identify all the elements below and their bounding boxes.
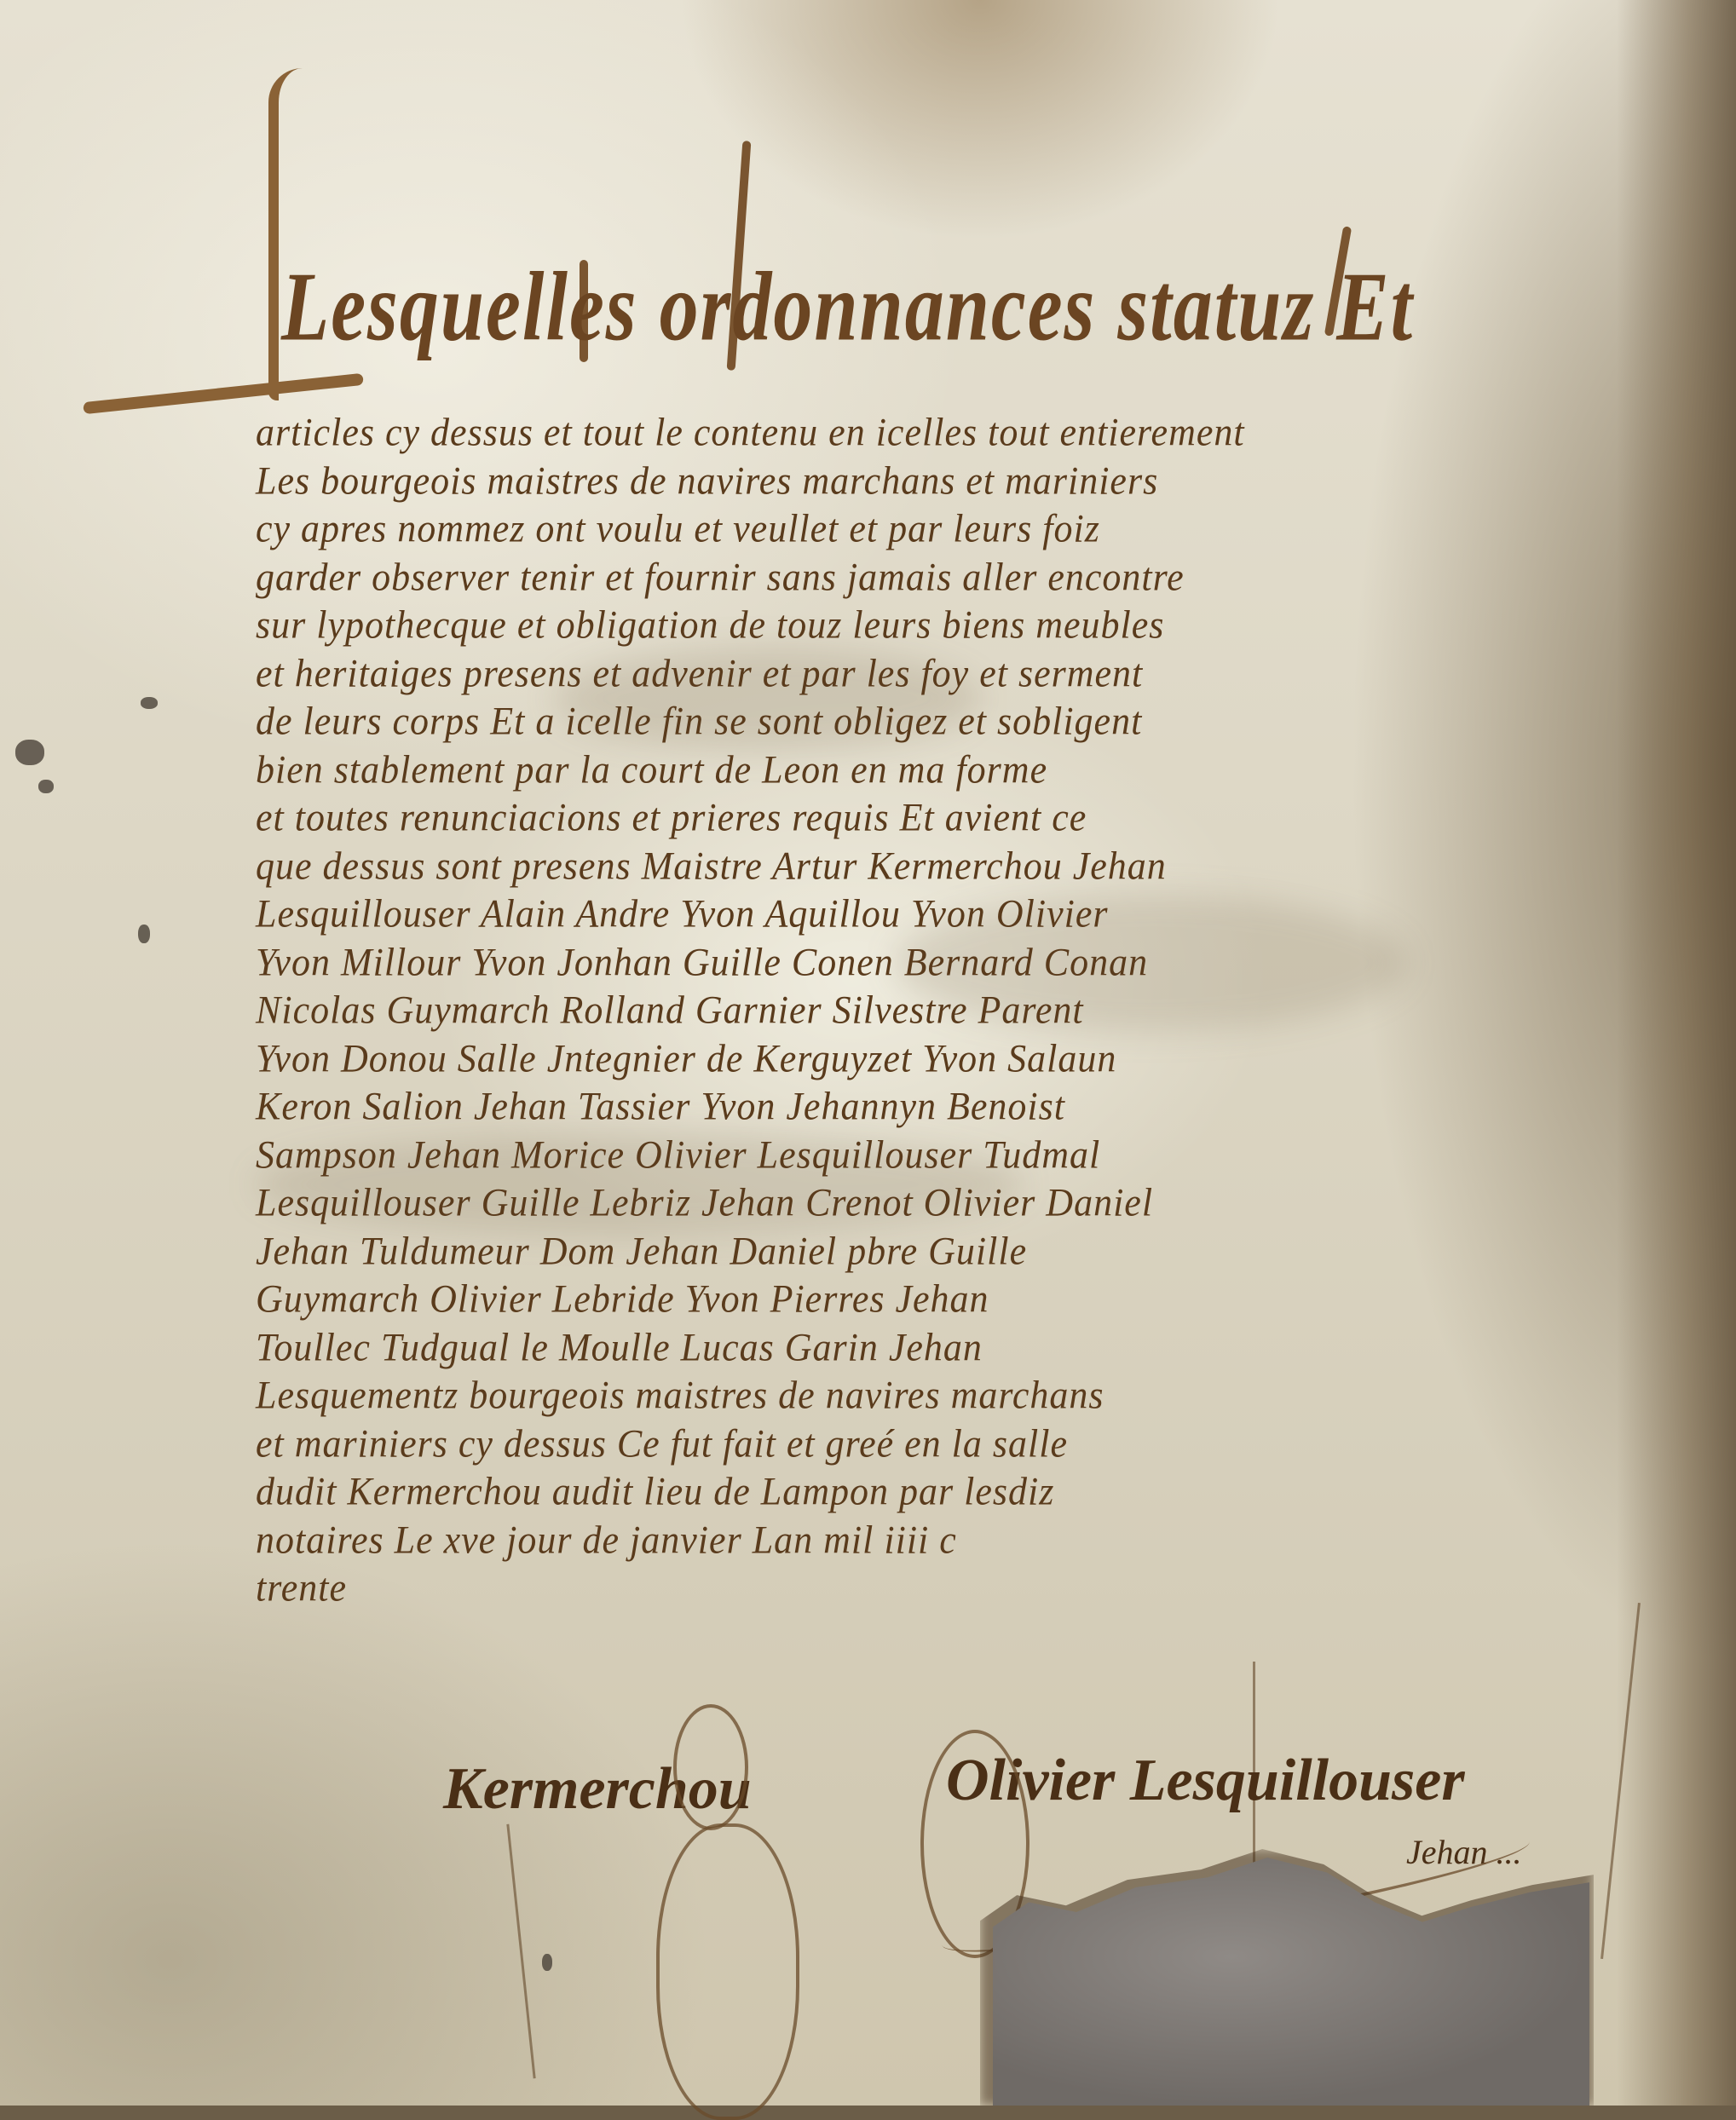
manuscript-line: garder observer tenir et fournir sans ja… bbox=[256, 552, 1602, 602]
shadowed-right-edge bbox=[1617, 0, 1736, 2106]
manuscript-line: notaires Le xve jour de janvier Lan mil … bbox=[256, 1515, 1602, 1565]
manuscript-line: articles cy dessus et tout le contenu en… bbox=[256, 408, 1602, 458]
manuscript-line: Les bourgeois maistres de navires marcha… bbox=[256, 456, 1602, 506]
manuscript-line: dudit Kermerchou audit lieu de Lampon pa… bbox=[256, 1467, 1602, 1518]
manuscript-line: que dessus sont presens Maistre Artur Ke… bbox=[256, 841, 1602, 891]
paraph-flourish bbox=[656, 1823, 799, 2106]
manuscript-line: trente bbox=[256, 1564, 1602, 1614]
manuscript-line: Lesquillouser Alain Andre Yvon Aquillou … bbox=[256, 890, 1602, 940]
manuscript-line: sur lypothecque et obligation de touz le… bbox=[256, 601, 1602, 651]
ink-spot bbox=[141, 697, 158, 709]
manuscript-line: Guymarch Olivier Lebride Yvon Pierres Je… bbox=[256, 1275, 1602, 1325]
manuscript-line: Yvon Millour Yvon Jonhan Guille Conen Be… bbox=[256, 937, 1602, 988]
manuscript-line: Jehan Tuldumeur Dom Jehan Daniel pbre Gu… bbox=[256, 1226, 1602, 1276]
manuscript-line: Yvon Donou Salle Jntegnier de Kerguyzet … bbox=[256, 1034, 1602, 1084]
manuscript-body: articles cy dessus et tout le contenu en… bbox=[256, 409, 1602, 1613]
manuscript-line: Sampson Jehan Morice Olivier Lesquillous… bbox=[256, 1130, 1602, 1180]
manuscript-line: Lesquementz bourgeois maistres de navire… bbox=[256, 1371, 1602, 1421]
manuscript-line: et heritaiges presens et advenir et par … bbox=[256, 648, 1602, 699]
manuscript-line: de leurs corps Et a icelle fin se sont o… bbox=[256, 697, 1602, 747]
manuscript-line: Toullec Tudgual le Moulle Lucas Garin Je… bbox=[256, 1322, 1602, 1373]
ink-spot bbox=[15, 740, 44, 765]
manuscript-line: bien stablement par la court de Leon en … bbox=[256, 745, 1602, 795]
manuscript-line: et mariniers cy dessus Ce fut fait et gr… bbox=[256, 1419, 1602, 1469]
signatures-area: Kermerchou Olivier Lesquillouser Jehan .… bbox=[443, 1738, 1551, 1909]
document-heading: Lesquelles ordonnances statuz Et bbox=[281, 251, 1414, 364]
manuscript-line: Keron Salion Jehan Tassier Yvon Jehannyn… bbox=[256, 1082, 1602, 1132]
manuscript-line: Nicolas Guymarch Rolland Garnier Silvest… bbox=[256, 986, 1602, 1036]
manuscript-line: et toutes renunciacions et prieres requi… bbox=[256, 793, 1602, 844]
ink-spot bbox=[138, 925, 150, 943]
manuscript-line: cy apres nommez ont voulu et veullet et … bbox=[256, 504, 1602, 555]
ink-spot bbox=[38, 780, 54, 793]
manuscript-line: Lesquillouser Guille Lebriz Jehan Crenot… bbox=[256, 1178, 1602, 1229]
paraph-flourish bbox=[673, 1704, 748, 1830]
ink-spot bbox=[542, 1954, 552, 1971]
